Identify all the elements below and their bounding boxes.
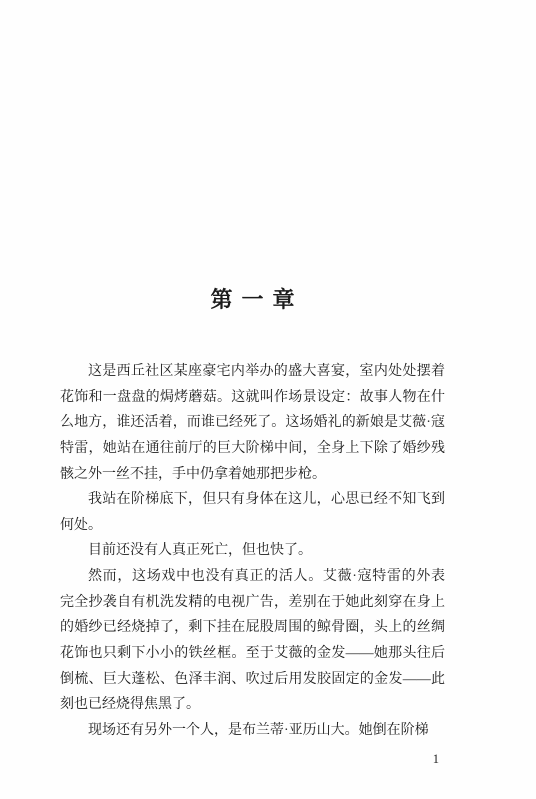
book-page: 第一章 这是西丘社区某座豪宅内举办的盛大喜宴，室内处处摆着花饰和一盘盘的焗烤蘑菇… [0,0,536,799]
text-line: 完全抄袭自有机洗发精的电视广告，差别在于她此刻穿在身上 [60,590,445,616]
text-line: 么地方，谁还活着，而谁已经死了。这场婚礼的新娘是艾薇·寇 [60,410,445,436]
text-line: 特雷，她站在通往前厅的巨大阶梯中间，全身上下除了婚纱残 [60,436,445,462]
text-line: 目前还没有人真正死亡，但也快了。 [60,538,445,564]
text-line: 现场还有另外一个人，是布兰蒂·亚历山大。她倒在阶梯 [60,718,445,744]
text-line: 花饰也只剩下小小的铁丝框。至于艾薇的金发——她那头往后 [60,641,445,667]
chapter-title: 第一章 [60,287,445,313]
text-line: 这是西丘社区某座豪宅内举办的盛大喜宴，室内处处摆着 [60,359,445,385]
text-line: 骸之外一丝不挂，手中仍拿着她那把步枪。 [60,462,445,488]
text-line: 花饰和一盘盘的焗烤蘑菇。这就叫作场景设定：故事人物在什 [60,385,445,411]
text-line: 倒梳、巨大蓬松、色泽丰润、吹过后用发胶固定的金发——此 [60,667,445,693]
page-number: 1 [60,751,439,767]
text-line: 刻也已经烧得焦黑了。 [60,692,445,718]
body-text: 这是西丘社区某座豪宅内举办的盛大喜宴，室内处处摆着花饰和一盘盘的焗烤蘑菇。这就叫… [60,359,445,744]
text-line: 然而，这场戏中也没有真正的活人。艾薇·寇特雷的外表 [60,564,445,590]
text-line: 我站在阶梯底下，但只有身体在这儿，心思已经不知飞到 [60,487,445,513]
text-line: 的婚纱已经烧掉了，剩下挂在屁股周围的鲸骨圈，头上的丝绸 [60,615,445,641]
text-line: 何处。 [60,513,445,539]
